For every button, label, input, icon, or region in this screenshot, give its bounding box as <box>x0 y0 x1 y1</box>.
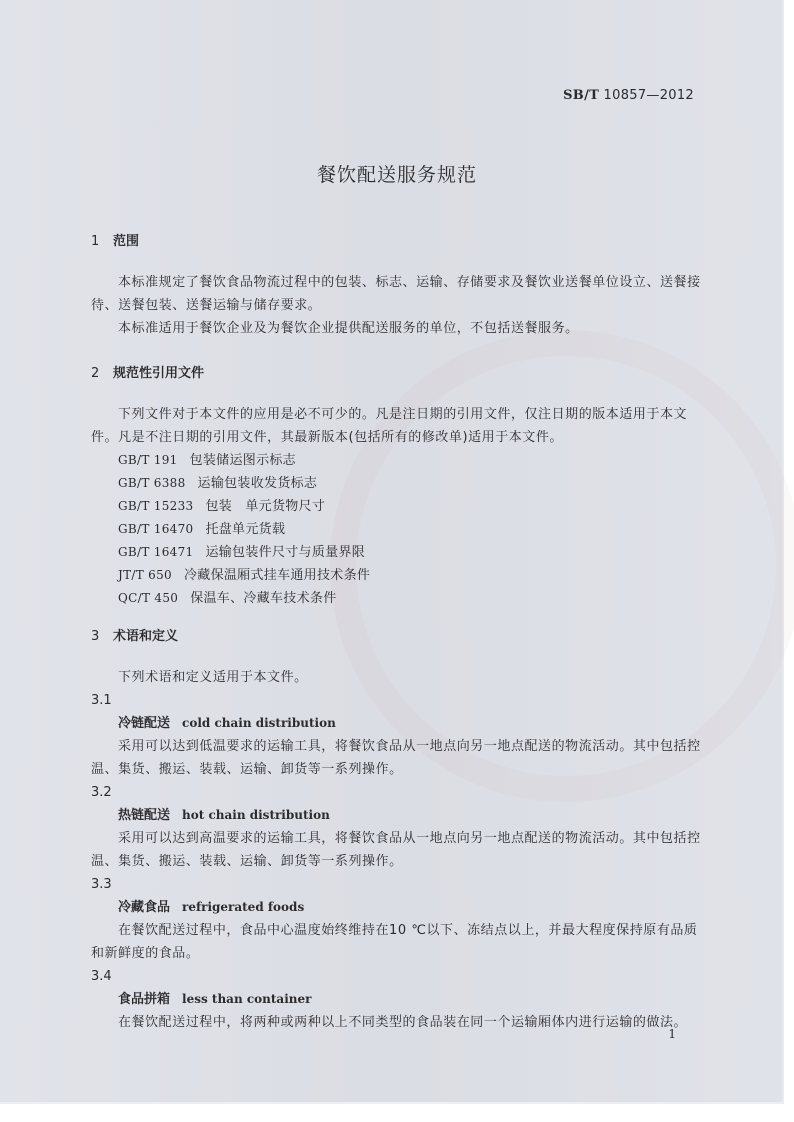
reference-item: QC/T 450保温车、冷藏车技术条件 <box>91 587 711 610</box>
reference-title: 包装 单元货物尺寸 <box>205 499 325 514</box>
scope-paragraph: 本标准规定了餐饮食品物流过程中的包装、标志、运输、存储要求及餐饮业送餐单位设立、… <box>91 271 711 317</box>
normative-refs-intro: 下列文件对于本文件的应用是必不可少的。凡是注日期的引用文件，仅注日期的版本适用于… <box>91 403 711 449</box>
term-definition: 在餐饮配送过程中，将两种或两种以上不同类型的食品装在同一个运输厢体内进行运输的做… <box>91 1011 711 1034</box>
term-zh: 冷藏食品 <box>118 900 170 915</box>
standard-code: SB/T 10857—2012 <box>563 88 694 103</box>
terms-body: 下列术语和定义适用于本文件。 3.1 冷链配送cold chain distri… <box>91 666 711 1034</box>
clause-number: 3.1 <box>91 689 711 712</box>
reference-item: GB/T 6388运输包装收发货标志 <box>91 472 711 495</box>
document-title: 餐饮配送服务规范 <box>0 160 794 187</box>
page-number: 1 <box>668 1027 676 1041</box>
term-definition: 采用可以达到低温要求的运输工具，将餐饮食品从一地点向另一地点配送的物流活动。其中… <box>91 735 711 781</box>
section-number: 3 <box>91 625 113 648</box>
reference-title: 保温车、冷藏车技术条件 <box>190 591 336 606</box>
scope-body: 本标准规定了餐饮食品物流过程中的包装、标志、运输、存储要求及餐饮业送餐单位设立、… <box>91 271 711 340</box>
term-zh: 食品拼箱 <box>118 992 170 1007</box>
term-definition: 采用可以达到高温要求的运输工具，将餐饮食品从一地点向另一地点配送的物流活动。其中… <box>91 827 711 873</box>
reference-title: 包装储运图示标志 <box>190 453 296 468</box>
section-heading-scope: 1范围 <box>91 230 711 253</box>
reference-item: GB/T 16471运输包装件尺寸与质量界限 <box>91 541 711 564</box>
section-number: 1 <box>91 230 113 253</box>
term-definition: 在餐饮配送过程中，食品中心温度始终维持在10 ℃以下、冻结点以上，并最大程度保持… <box>91 919 711 965</box>
term-entry: 冷藏食品refrigerated foods <box>91 896 711 919</box>
reference-code: GB/T 16471 <box>118 545 193 559</box>
standard-code-number: 10857—2012 <box>604 88 694 103</box>
reference-code: GB/T 6388 <box>118 476 186 490</box>
reference-code: GB/T 16470 <box>118 522 193 536</box>
reference-item: JT/T 650冷藏保温厢式挂车通用技术条件 <box>91 564 711 587</box>
normative-refs-body: 下列文件对于本文件的应用是必不可少的。凡是注日期的引用文件，仅注日期的版本适用于… <box>91 403 711 610</box>
reference-title: 运输包装收发货标志 <box>198 476 318 491</box>
reference-code: GB/T 191 <box>118 453 178 467</box>
term-zh: 冷链配送 <box>118 716 170 731</box>
term-en: cold chain distribution <box>182 716 336 730</box>
reference-item: GB/T 16470托盘单元货载 <box>91 518 711 541</box>
term-entry: 食品拼箱less than container <box>91 988 711 1011</box>
clause-number: 3.3 <box>91 873 711 896</box>
terms-intro: 下列术语和定义适用于本文件。 <box>91 666 711 689</box>
term-zh: 热链配送 <box>118 808 170 823</box>
term-entry: 热链配送hot chain distribution <box>91 804 711 827</box>
reference-item: GB/T 191包装储运图示标志 <box>91 449 711 472</box>
section-heading-normative-refs: 2规范性引用文件 <box>91 362 711 385</box>
term-en: refrigerated foods <box>182 900 304 914</box>
reference-item: GB/T 15233包装 单元货物尺寸 <box>91 495 711 518</box>
scope-paragraph: 本标准适用于餐饮企业及为餐饮企业提供配送服务的单位，不包括送餐服务。 <box>91 317 711 340</box>
section-heading-terms: 3术语和定义 <box>91 625 711 648</box>
document-page: SB/T 10857—2012 餐饮配送服务规范 1范围 本标准规定了餐饮食品物… <box>0 0 784 1104</box>
term-en: less than container <box>182 992 311 1006</box>
reference-code: GB/T 15233 <box>118 499 193 513</box>
clause-number: 3.4 <box>91 965 711 988</box>
reference-title: 冷藏保温厢式挂车通用技术条件 <box>184 568 370 583</box>
standard-code-prefix: SB/T <box>563 88 599 103</box>
term-entry: 冷链配送cold chain distribution <box>91 712 711 735</box>
section-number: 2 <box>91 362 113 385</box>
section-title: 范围 <box>113 234 139 249</box>
reference-code: JT/T 650 <box>118 568 172 582</box>
reference-code: QC/T 450 <box>118 591 178 605</box>
reference-title: 运输包装件尺寸与质量界限 <box>205 545 365 560</box>
section-title: 术语和定义 <box>113 629 178 644</box>
clause-number: 3.2 <box>91 781 711 804</box>
section-title: 规范性引用文件 <box>113 366 204 381</box>
term-en: hot chain distribution <box>182 808 330 822</box>
reference-title: 托盘单元货载 <box>205 522 285 537</box>
